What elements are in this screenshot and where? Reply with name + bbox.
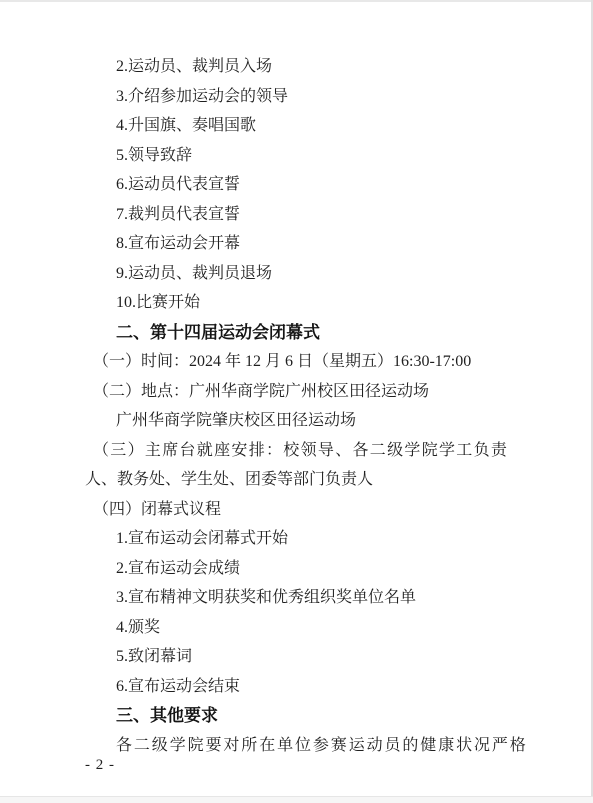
document-line: 8.宣布运动会开幕	[85, 229, 509, 259]
document-line: 三、其他要求	[85, 701, 509, 731]
document-line: （四）闭幕式议程	[85, 495, 509, 525]
page-edge-top	[0, 0, 593, 2]
document-lines: 2.运动员、裁判员入场3.介绍参加运动会的领导4.升国旗、奏唱国歌5.领导致辞6…	[85, 52, 509, 760]
document-line: 3.宣布精神文明获奖和优秀组织奖单位名单	[85, 583, 509, 613]
document-line: （二）地点：广州华商学院广州校区田径运动场	[85, 377, 509, 407]
document-line: 广州华商学院肇庆校区田径运动场	[85, 406, 509, 436]
document-line: 2.宣布运动会成绩	[85, 554, 509, 584]
document-line: 7.裁判员代表宣誓	[85, 200, 509, 230]
document-line: 9.运动员、裁判员退场	[85, 259, 509, 289]
document-line: 3.介绍参加运动会的领导	[85, 82, 509, 112]
document-line: （三）主席台就座安排：校领导、各二级学院学工负责	[85, 436, 509, 466]
document-line: （一）时间：2024 年 12 月 6 日（星期五）16:30-17:00	[85, 347, 509, 377]
document-line: 10.比赛开始	[85, 288, 509, 318]
document-line: 5.致闭幕词	[85, 642, 509, 672]
page-edge-bottom	[0, 796, 593, 803]
document-line: 人、教务处、学生处、团委等部门负责人	[85, 465, 509, 495]
document-line: 6.运动员代表宣誓	[85, 170, 509, 200]
page-number: - 2 -	[85, 755, 115, 775]
document-line: 1.宣布运动会闭幕式开始	[85, 524, 509, 554]
document-line: 4.颁奖	[85, 613, 509, 643]
document-line: 2.运动员、裁判员入场	[85, 52, 509, 82]
document-line: 5.领导致辞	[85, 141, 509, 171]
document-line: 4.升国旗、奏唱国歌	[85, 111, 509, 141]
document-line: 6.宣布运动会结束	[85, 672, 509, 702]
document-page: 2.运动员、裁判员入场3.介绍参加运动会的领导4.升国旗、奏唱国歌5.领导致辞6…	[0, 0, 593, 803]
document-line: 二、第十四届运动会闭幕式	[85, 318, 509, 348]
document-line: 各二级学院要对所在单位参赛运动员的健康状况严格	[85, 731, 509, 761]
